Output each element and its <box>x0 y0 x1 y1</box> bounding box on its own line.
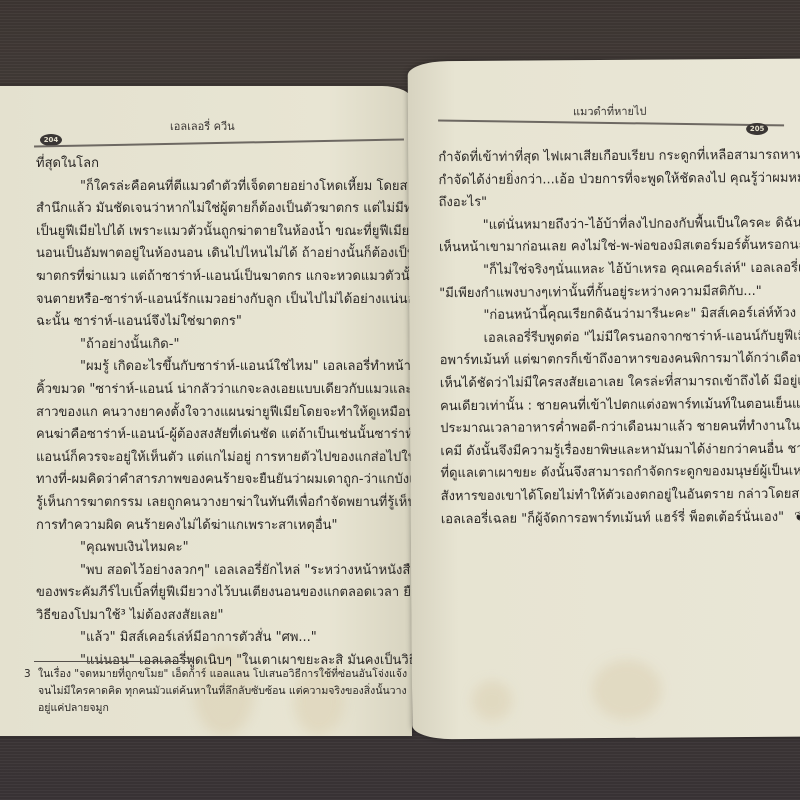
text-line: ที่สุดในโลก <box>36 153 406 176</box>
text-line: สาวของแก คนวางยาคงตั้งใจวางแผนฆ่ายูฟีเมี… <box>36 402 406 425</box>
text-line: กำจัดได้ง่ายยิ่งกว่า...เอ้อ ป่วยการที่จะ… <box>438 167 798 192</box>
text-line: ถึงอะไร" <box>439 190 799 215</box>
footnote-line: อยู่แค่ปลายจมูก <box>38 700 398 717</box>
footnote-number: 3 <box>24 666 31 683</box>
footnote-rule <box>34 661 194 662</box>
text-line: การทำความผิด คนร้ายคงไม่ได้ฆ่าแกเพราะสาเ… <box>36 515 406 538</box>
text-line: กำจัดที่เข้าท่าที่สุด ไฟเผาเสียเกือบเรีย… <box>438 145 798 170</box>
text-line: ที่ดูแลเตาเผาขยะ ดังนั้นจึงสามารถกำจัดกร… <box>440 461 800 486</box>
text-line: ฆาตกรที่ฆ่าแมว แต่ถ้าซาร่าห์-แอนน์เป็นฆา… <box>36 266 406 289</box>
running-header: เอลเลอรี่ ควีน <box>170 117 235 135</box>
text-line: สังหารของเขาได้โดยไม่ทำให้ตัวเองตกอยู่ใน… <box>441 484 800 509</box>
text-line: นอนเป็นอัมพาตอยู่ในห้องนอน เดินไปไหนไม่ไ… <box>36 243 406 266</box>
text-line: เอลเลอรี่รีบพูดต่อ "ไม่มีใครนอกจากซาร่าห… <box>439 325 799 350</box>
text-line: "แล้ว" มิสส์เคอร์เล่ห์มีอาการตัวสั่น "ศพ… <box>36 627 406 650</box>
text-line: รู้เห็นการฆาตกรรม เลยถูกคนวางยาฆ่าในทันท… <box>36 492 406 515</box>
text-line: "ก่อนหน้านี้คุณเรียกดิฉันว่ามารีนะคะ" มิ… <box>439 303 799 328</box>
text-line: "ถ้าอย่างนั้นเกิด-" <box>36 334 406 357</box>
left-page: 204 เอลเลอรี่ ควีน ที่สุดในโลก "ก็ใครล่ะ… <box>0 86 412 736</box>
left-body-text: ที่สุดในโลก "ก็ใครล่ะคือคนที่ตีแมวดำตัวท… <box>36 153 406 673</box>
text-line: เป็นยูฟีเมียไปได้ เพราะแมวตัวนั้นถูกฆ่าต… <box>36 221 406 244</box>
right-page: แมวดำที่หายไป 205 กำจัดที่เข้าท่าที่สุด … <box>408 59 800 740</box>
text-line: อพาร์ทเม้นท์ แต่ฆาตกรก็เข้าถึงอาหารของคน… <box>440 348 800 373</box>
paper-stain <box>472 681 512 721</box>
end-ornament-icon: ❦ <box>794 509 800 524</box>
text-line: "ผมรู้ เกิดอะไรขึ้นกับซาร่าห์-แอนน์ใช่ไห… <box>36 356 406 379</box>
footnote-line: ในเรื่อง "จดหมายที่ถูกขโมย" เอ็ดก้าร์ แอ… <box>38 666 398 683</box>
text-line: เห็นหน้าเขามาก่อนเลย คงไม่ใช่-พ-พ่อของมิ… <box>439 235 799 260</box>
text-line: "ก็ไม่ใช่จริงๆนั่นแหละ ไอ้บ้าเหรอ คุณเคอ… <box>439 258 799 283</box>
footnote: 3 ในเรื่อง "จดหมายที่ถูกขโมย" เอ็ดก้าร์ … <box>38 666 398 717</box>
page-number-badge: 205 <box>746 123 768 135</box>
text-line: เห็นได้ชัดว่าไม่มีใครสงสัยเอาเลย ใครล่ะท… <box>440 371 800 396</box>
text-line: "แต่นั่นหมายถึงว่า-ไอ้บ้าที่ลงไปกองกับพื… <box>439 212 799 237</box>
text-line: เคมี ดังนั้นจึงมีความรู้เรื่องยาพิษและหา… <box>440 438 800 463</box>
text-line: "ก็ใครล่ะคือคนที่ตีแมวดำตัวที่เจ็ดตายอย่… <box>36 176 406 199</box>
text-line: ของพระคัมภีร์ไบเบิ้ลที่ยูฟีเมียวางไว้บนเ… <box>36 582 406 605</box>
text-line-content: เอลเลอรี่เฉลย "ก็ผู้จัดการอพาร์ทเม้นท์ แ… <box>441 509 784 526</box>
text-line: "มีเพียงกำแพงบางๆเท่านั้นที่กั้นอยู่ระหว… <box>439 280 799 305</box>
text-line: ทางที่-ผมคิดว่าคำสารภาพของคนร้ายจะยืนยัน… <box>36 469 406 492</box>
text-line: "พบ สอดไว้อย่างลวกๆ" เอลเลอรี่ยักไหล่ "ร… <box>36 560 406 583</box>
text-line: คนฆ่าคือซาร่าห์-แอนน์-ผู้ต้องสงสัยที่เด่… <box>36 424 406 447</box>
paper-stain <box>592 660 662 720</box>
running-header: แมวดำที่หายไป <box>573 102 647 121</box>
text-line: คิ้วขมวด "ซาร่าห์-แอนน์ น่ากลัวว่าแกจะลง… <box>36 379 406 402</box>
text-line: สำนึกแล้ว มันชัดเจนว่าหากไม่ใช่ผู้ตายก็ต… <box>36 198 406 221</box>
header-rule <box>438 120 784 127</box>
text-line: แอนน์ก็ควรจะอยู่ให้เห็นตัว แต่แกไม่อยู่ … <box>36 447 406 470</box>
right-body-text: กำจัดที่เข้าท่าที่สุด ไฟเผาเสียเกือบเรีย… <box>438 145 800 532</box>
header-rule <box>34 138 404 147</box>
text-line: คนเดียวเท่านั้น : ชายคนที่เข้าไปตกแต่งอพ… <box>440 393 800 418</box>
text-line: เอลเลอรี่เฉลย "ก็ผู้จัดการอพาร์ทเม้นท์ แ… <box>441 506 800 531</box>
text-line: จนตายหรือ-ซาร่าห์-แอนน์รักแมวอย่างกับลูก… <box>36 289 406 312</box>
text-line: ประมาณเวลาอาหารค่ำพอดี-กว่าเดือนมาแล้ว ช… <box>440 416 800 441</box>
text-line: ฉะนั้น ซาร่าห์-แอนน์จึงไม่ใช่ฆาตกร" <box>36 311 406 334</box>
text-line: วิธีของโปมาใช้³ ไม่ต้องสงสัยเลย" <box>36 605 406 628</box>
text-line: "คุณพบเงินไหมคะ" <box>36 537 406 560</box>
footnote-line: จนไม่มีใครคาดคิด ทุกคนมัวแต่ค้นหาในที่ลึ… <box>38 683 398 700</box>
